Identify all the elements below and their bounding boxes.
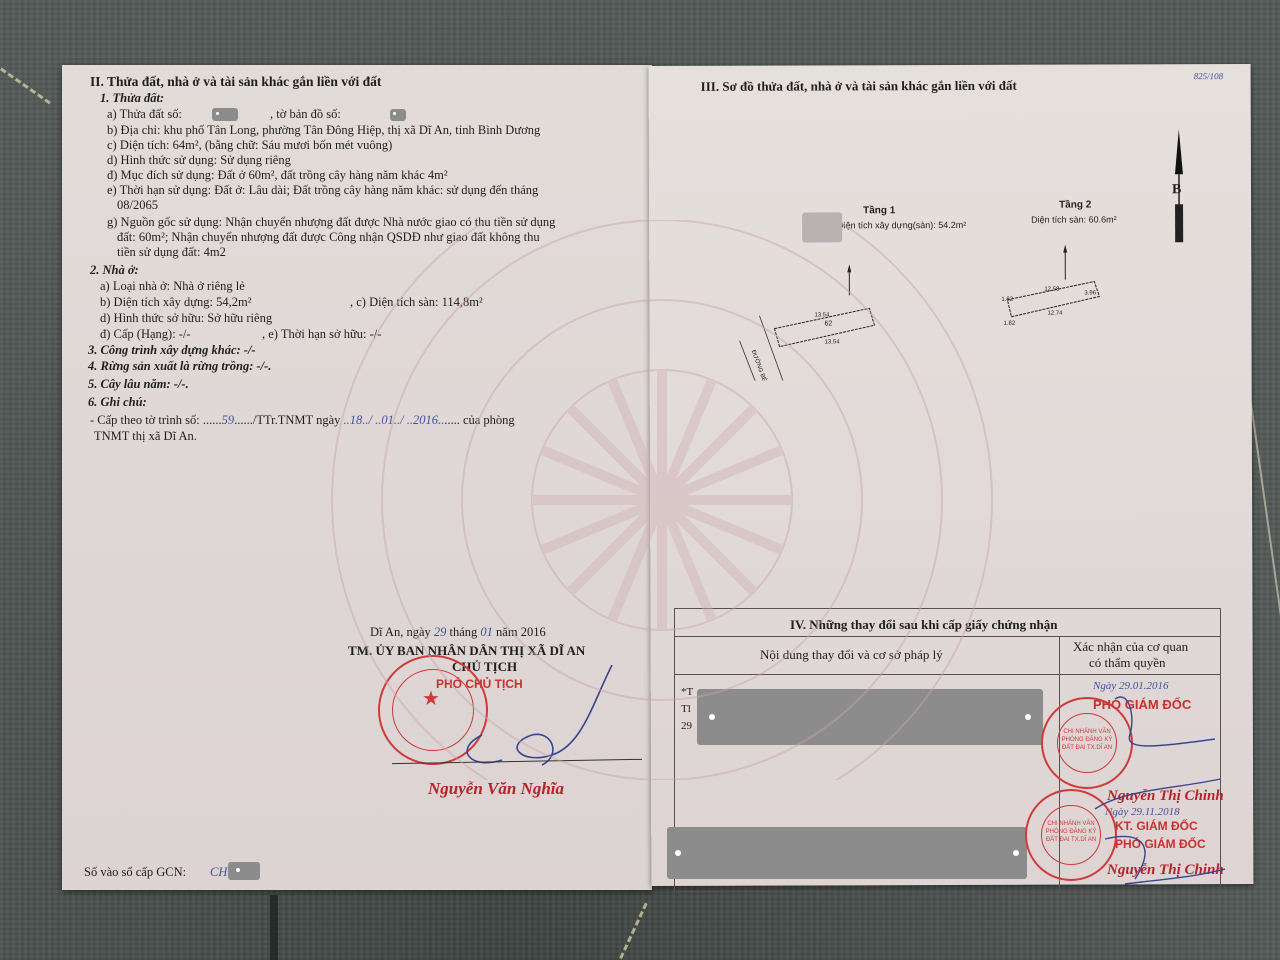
land-use-term: e) Thời hạn sử dụng: Đất ở: Lâu dài; Đất… [107, 183, 538, 198]
row-prefix: *T [681, 685, 693, 700]
section-ii-title: II. Thửa đất, nhà ở và tài sản khác gắn … [90, 74, 381, 89]
land-use-term-date: 08/2065 [117, 198, 158, 213]
redacted-parcel-number [212, 108, 238, 121]
redacted-registry-number [228, 862, 260, 880]
registry-number-label: Số vào sổ cấp GCN: [84, 865, 186, 880]
land-use-purpose: đ) Mục đích sử dụng: Đất ở 60m², đất trồ… [107, 168, 448, 183]
notes-heading: 6. Ghi chú: [88, 395, 147, 410]
handwritten-day: 29 [434, 625, 447, 639]
column-header-authority-2: có thẩm quyền [1089, 655, 1166, 670]
row-prefix: 29 [681, 719, 692, 734]
floor2-dim-bottom: 12.74 [1047, 311, 1063, 317]
date-month-label: tháng [446, 625, 480, 639]
map-sheet-label: , tờ bản đồ số: [270, 107, 341, 122]
changes-table-title: IV. Những thay đổi sau khi cấp giấy chứn… [790, 617, 1058, 632]
house-heading: 2. Nhà ở: [90, 263, 139, 278]
house-grade: đ) Cấp (Hạng): -/- [100, 327, 191, 342]
floor1-plot-diagram: 62 13.54 13.54 ĐƯỜNG BÊ TÔNG [729, 240, 929, 381]
column-header-authority-1: Xác nhận của cơ quan [1073, 639, 1188, 654]
date-prefix: Dĩ An, ngày [370, 625, 434, 639]
signature-scribble [382, 665, 632, 785]
signer-name: Nguyễn Văn Nghĩa [428, 781, 564, 796]
redacted-diagram-region [802, 212, 842, 242]
house-floor-area: , c) Diện tích sàn: 114,8m² [350, 295, 483, 310]
floor2-dim-left-bottom: 1.82 [1003, 321, 1015, 327]
land-use-form: d) Hình thức sử dụng: Sử dụng riêng [107, 153, 291, 168]
table-divider [675, 674, 1220, 675]
house-construction-area: b) Diện tích xây dựng: 54,2m² [100, 295, 251, 310]
floor1-dim-top: 13.54 [814, 312, 830, 318]
handwritten-report-date: ..18../ ..01../ ..2016.. [344, 413, 445, 427]
left-page: II. Thửa đất, nhà ở và tài sản khác gắn … [62, 65, 652, 890]
issue-date: Dĩ An, ngày 29 tháng 01 năm 2016 [370, 625, 546, 640]
row-prefix: Tl [681, 702, 691, 717]
perennial-trees: 5. Cây lâu năm: -/-. [88, 377, 189, 392]
note-prefix: - Cấp theo tờ trình số: ...... [90, 413, 222, 427]
house-type: a) Loại nhà ở: Nhà ở riêng lẻ [100, 279, 245, 294]
floor1-title: Tầng 1 [863, 203, 895, 218]
floor2-plot-diagram: 12.58 12.74 3.96 1.82 1.82 [989, 234, 1139, 345]
redacted-change-entry-1 [697, 689, 1043, 745]
note-line-1: - Cấp theo tờ trình số: ......59....../T… [90, 413, 515, 428]
north-label: B [1172, 182, 1181, 197]
land-certificate: II. Thửa đất, nhà ở và tài sản khác gắn … [62, 60, 1252, 898]
handwritten-report-number: 59 [222, 413, 235, 427]
changes-table: IV. Những thay đổi sau khi cấp giấy chứn… [674, 608, 1221, 892]
section-iii-title: III. Sơ đồ thửa đất, nhà ở và tài sản kh… [701, 78, 1017, 94]
other-constructions: 3. Công trình xây dựng khác: -/- [88, 343, 256, 358]
land-origin-1: g) Nguồn gốc sử dụng: Nhận chuyển nhượng… [107, 215, 555, 230]
issuing-authority: TM. ỦY BAN NHÂN DÂN THỊ XÃ DĨ AN [348, 643, 585, 658]
land-heading: 1. Thửa đất: [100, 91, 164, 106]
house-ownership-form: d) Hình thức sở hữu: Sở hữu riêng [100, 311, 272, 326]
redacted-change-entry-2 [667, 827, 1027, 879]
land-address: b) Địa chỉ: khu phố Tân Long, phường Tân… [107, 123, 540, 138]
land-area: c) Diện tích: 64m², (bằng chữ: Sáu mươi … [107, 138, 392, 153]
column-header-content: Nội dung thay đổi và cơ sở pháp lý [760, 647, 943, 662]
floor2-dim-left-top: 1.82 [1001, 297, 1013, 303]
authority-signatures [1055, 689, 1225, 889]
floor2-title: Tầng 2 [1059, 198, 1091, 213]
house-ownership-term: , e) Thời hạn sở hữu: -/- [262, 327, 381, 342]
floor2-area: Diện tích sàn: 60.6m² [1031, 212, 1117, 227]
floor2-dim-right: 3.96 [1084, 290, 1096, 296]
corner-handwritten-note: 825/108 [1194, 69, 1224, 84]
floor1-area: Diện tích xây dựng(sàn): 54.2m² [837, 218, 966, 233]
land-origin-3: tiền sử dụng đất: 4m2 [117, 245, 226, 260]
redacted-map-sheet [390, 109, 406, 121]
production-forest: 4. Rừng sản xuất là rừng trồng: -/-. [88, 359, 271, 374]
floor1-dim-bottom: 13.54 [825, 339, 841, 345]
note-suffix: ..... của phòng [444, 413, 514, 427]
land-origin-2: đất: 60m²; Nhận chuyển nhượng đất được C… [117, 230, 540, 245]
note-mid: ....../TTr.TNMT ngày [234, 413, 343, 427]
table-divider [675, 636, 1220, 637]
note-line-2: TNMT thị xã Dĩ An. [94, 429, 197, 444]
date-year: năm 2016 [493, 625, 546, 639]
floor1-parcel-label: 62 [824, 320, 832, 327]
floor2-dim-top: 12.58 [1044, 287, 1060, 293]
parcel-number-label: a) Thửa đất số: [107, 107, 182, 122]
fabric-seam [270, 895, 278, 960]
registry-prefix: CH [210, 865, 227, 880]
handwritten-month: 01 [480, 625, 493, 639]
